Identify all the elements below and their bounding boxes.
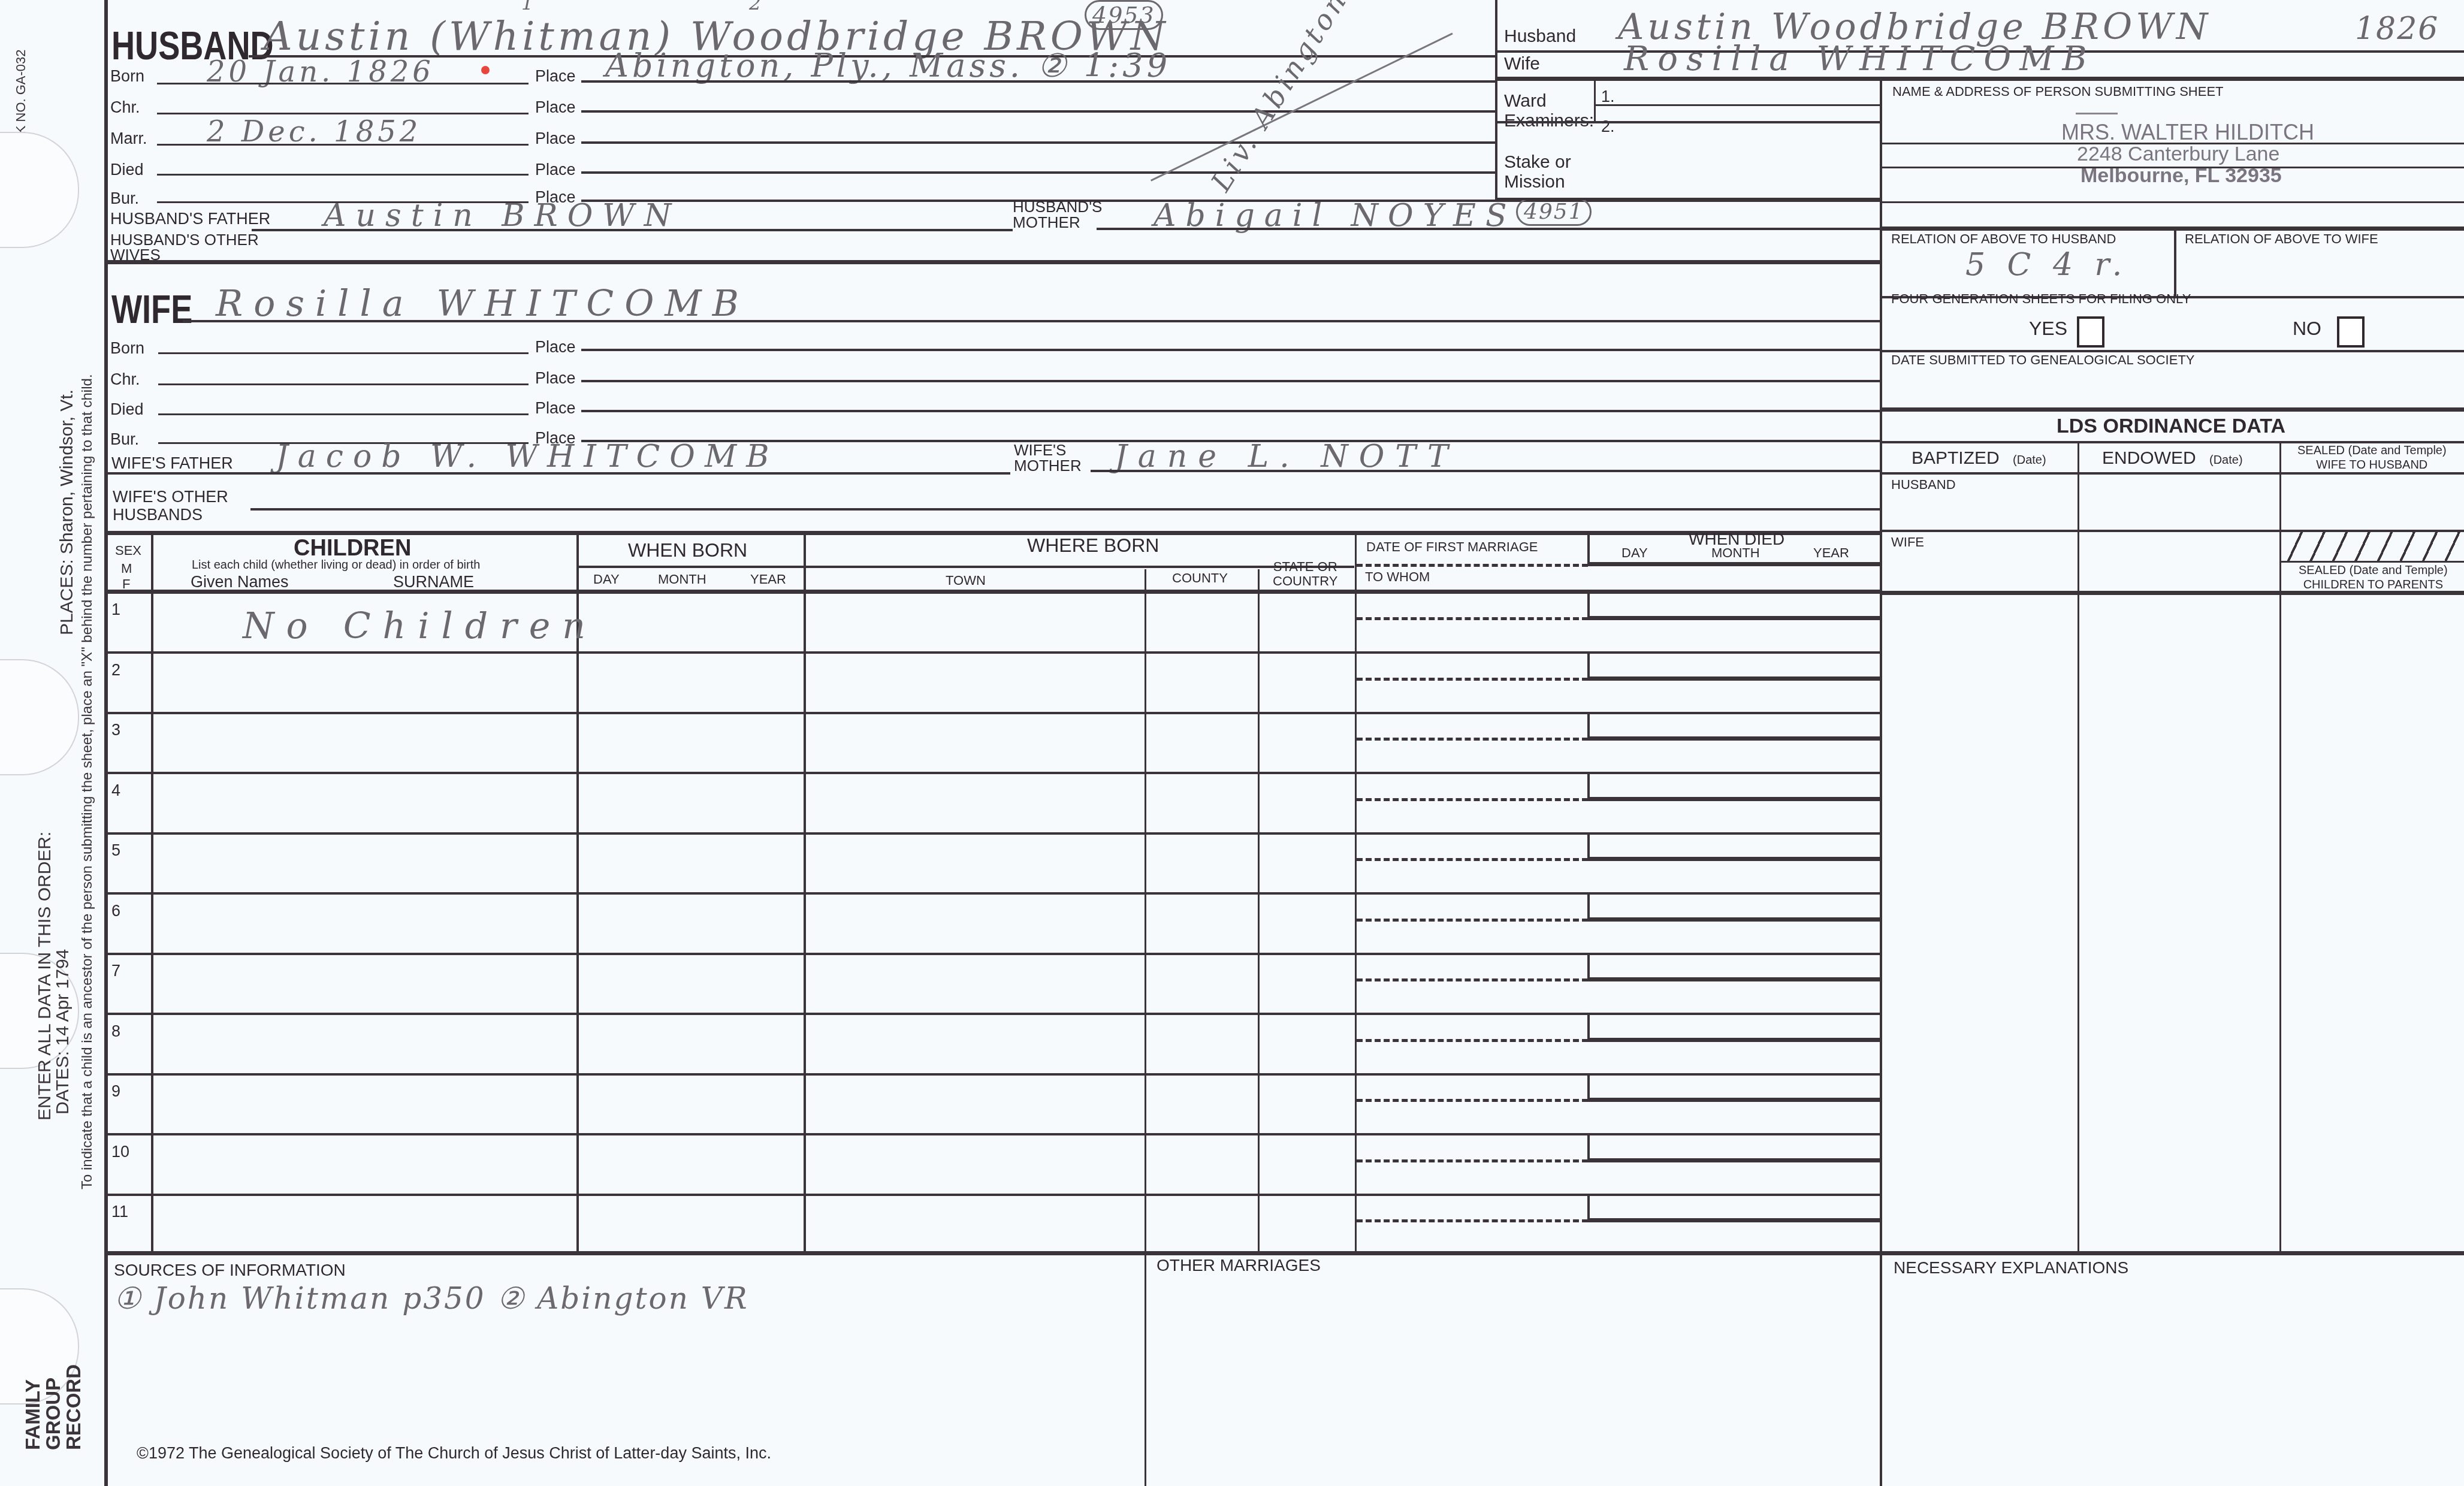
husband-born-date-line (157, 83, 529, 84)
death-step-vertical (1587, 895, 1590, 920)
to-whom-header: TO WHOM (1365, 569, 1430, 585)
dates-hint: DATES: 14 Apr 1794 (53, 949, 73, 1114)
sealed-cp-line2: CHILDREN TO PARENTS (2299, 578, 2448, 592)
husband-bur-label: Bur. (110, 189, 139, 208)
death-step-vertical (1587, 714, 1590, 739)
marriage-dash-line (1357, 1039, 1588, 1042)
death-date-line (1588, 917, 1882, 922)
husband-chr-place-line (581, 110, 1495, 113)
binder-hole (0, 659, 79, 775)
died-day-header: DAY (1621, 545, 1648, 561)
relation-divider (2174, 229, 2176, 298)
endowed-label: ENDOWED (2102, 448, 2196, 468)
husband-marr-date-line (157, 144, 529, 146)
date-hint: (Date) (2013, 454, 2046, 467)
child-row-divider (105, 1073, 1882, 1076)
state-line2: COUNTRY (1273, 574, 1337, 588)
copyright-notice: ©1972 The Genealogical Society of The Ch… (137, 1444, 771, 1463)
died-month-header: MONTH (1711, 545, 1760, 561)
children-top-line (105, 531, 1882, 535)
wife-born-date-line (158, 352, 529, 354)
husband-father-line (252, 229, 1013, 231)
summary-husband-label: Husband (1504, 26, 1576, 47)
marriage-dash-line (1357, 978, 1588, 981)
husband-chr-label: Chr. (110, 98, 140, 117)
marriage-dash-line (1357, 1159, 1588, 1162)
child-row-number: 3 (111, 721, 120, 739)
form-title: FAMILY GROUP RECORD (23, 1364, 84, 1450)
wife-father-label: WIFE'S FATHER (111, 454, 233, 473)
death-date-line (1588, 1218, 1882, 1222)
husband-ref-number: 4953 (1085, 0, 1163, 30)
four-gen-no-checkbox[interactable] (2337, 316, 2365, 348)
husband-section-bottom-line (105, 260, 1882, 264)
stake-mission-label: Stake or Mission (1504, 152, 1600, 192)
child-row-number: 6 (111, 902, 120, 920)
submitter-stamp-street: 2248 Canterbury Lane (2077, 143, 2279, 166)
lds-husband-row-label: HUSBAND (1891, 477, 1956, 493)
wife-heading: WIFE (111, 286, 192, 332)
died-year-header: YEAR (1813, 545, 1849, 561)
when-died-col-divider (1587, 533, 1590, 564)
husband-marr-label: Marr. (110, 129, 147, 148)
wife-name-line (183, 320, 1882, 322)
death-step-vertical (1587, 654, 1590, 679)
husband-mother-label: HUSBAND'S MOTHER (1013, 199, 1097, 230)
child-row-divider (105, 1194, 1882, 1196)
children-instructions: List each child (whether living or dead)… (192, 558, 480, 572)
lds-col-divider (2078, 442, 2079, 1252)
wife-father-line (105, 472, 1010, 475)
wife-name-value[interactable]: Rosilla WHITCOMB (216, 283, 750, 325)
wife-died-date-line (158, 413, 529, 415)
relation-husband-label: RELATION OF ABOVE TO HUSBAND (1891, 231, 2116, 247)
marriage-dash-line (1357, 678, 1588, 681)
children-bottom-line (105, 1251, 2464, 1255)
submitter-line (1881, 201, 2464, 203)
lds-title: LDS ORDINANCE DATA (2057, 415, 2285, 438)
husband-marr-place-line (581, 141, 1495, 144)
death-date-line (1588, 1098, 1882, 1102)
wife-bur-label: Bur. (110, 430, 139, 449)
other-marriages-label: OTHER MARRIAGES (1156, 1256, 1321, 1275)
submitter-line (1881, 143, 2464, 144)
death-step-vertical (1587, 774, 1590, 799)
child-row-number: 7 (111, 962, 120, 980)
ward-bottom-line (1496, 121, 1880, 123)
wife-chr-place-label: Place (535, 369, 576, 388)
husband-died-place-label: Place (535, 161, 576, 179)
death-step-vertical (1587, 1135, 1590, 1161)
first-marriage-header: DATE OF FIRST MARRIAGE (1366, 539, 1538, 555)
wife-born-place-line (581, 349, 1882, 351)
town-header: TOWN (946, 573, 986, 588)
wife-mother-value[interactable]: Jane L. NOTT (1115, 439, 1459, 475)
wife-other-husbands-line (250, 508, 1882, 511)
relation-wife-label: RELATION OF ABOVE TO WIFE (2185, 231, 2378, 247)
death-date-line (1588, 977, 1882, 981)
necessary-explanations-label: NECESSARY EXPLANATIONS (1894, 1258, 2128, 1277)
ward-examiners-label: Ward Examiners: (1504, 91, 1600, 131)
sources-divider (1145, 1252, 1146, 1486)
wife-chr-place-line (581, 380, 1882, 382)
death-step-vertical (1587, 593, 1590, 618)
husband-born-label: Born (110, 67, 144, 86)
wife-other-husbands-label: WIFE'S OTHER HUSBANDS (113, 488, 268, 524)
husband-source-mark: 1 (521, 0, 537, 14)
summary-wife-line (1496, 77, 2464, 81)
summary-husband-year: 1826 (2355, 11, 2439, 47)
when-died-sub-line (1588, 562, 1882, 566)
summary-wife-value[interactable]: Rosilla WHITCOMB (1624, 40, 2095, 78)
marriage-dash-line (1357, 1219, 1588, 1222)
wife-mother-label: WIFE'S MOTHER (1014, 442, 1086, 473)
wife-born-label: Born (110, 339, 144, 358)
wife-died-place-line (581, 410, 1882, 412)
when-born-sub-line (578, 566, 1354, 568)
wife-died-label: Died (110, 400, 144, 419)
town-col-divider (1145, 569, 1146, 1252)
form-title-line: RECORD (64, 1364, 84, 1450)
baptized-label: BAPTIZED (1912, 448, 2000, 468)
submitter-stamp-name: MRS. WALTER HILDITCH (2061, 120, 2314, 145)
lds-header-line (1881, 472, 2464, 475)
date-hint: (Date) (2209, 454, 2243, 467)
county-col-divider (1258, 569, 1260, 1252)
death-date-line (1588, 616, 1882, 620)
child-row-divider (105, 892, 1882, 895)
death-step-vertical (1587, 1195, 1590, 1221)
sources-value[interactable]: ① John Whitman p350 ② Abington VR (114, 1281, 749, 1316)
when-born-header: WHEN BORN (628, 539, 747, 561)
death-step-vertical (1587, 834, 1590, 859)
places-hint: PLACES: Sharon, Windsor, Vt. (57, 389, 77, 635)
husband-born-place-line (581, 80, 1495, 83)
sealed-wh-line1: SEALED (Date and Temple) (2297, 443, 2447, 458)
husband-mother-ref: 4951 (1516, 198, 1592, 226)
first-marriage-dash (1357, 564, 1588, 567)
wife-mother-line (1091, 470, 1882, 472)
born-year-header: YEAR (750, 572, 786, 587)
state-line1: STATE OR (1273, 560, 1337, 574)
form-title-line: FAMILY (23, 1364, 43, 1450)
child-row-divider (105, 953, 1882, 955)
four-gen-yes-checkbox[interactable] (2077, 316, 2104, 348)
child-row-number: 1 (111, 600, 120, 619)
marriage-dash-line (1357, 738, 1588, 741)
child-row-divider (105, 772, 1882, 774)
examiner-1-field[interactable]: 1. (1601, 87, 1615, 106)
child-row-number: 5 (111, 841, 120, 860)
sealed-wh-line2: WIFE TO HUSBAND (2297, 458, 2447, 472)
right-column-border (1880, 78, 1882, 1486)
red-marker-dot (481, 66, 490, 74)
wife-father-value[interactable]: Jacob W. WHITCOMB (276, 439, 778, 475)
stamp-dash (2076, 113, 2118, 114)
surname-header: SURNAME (393, 573, 474, 591)
date-submitted-bottom-line (1881, 407, 2464, 412)
child-row-divider (105, 712, 1882, 714)
death-date-line (1588, 797, 1882, 801)
husband-died-place-line (581, 171, 1495, 174)
sealed-wife-husband-header: SEALED (Date and Temple) WIFE TO HUSBAND (2297, 443, 2447, 472)
sealed-children-parents-header: SEALED (Date and Temple) CHILDREN TO PAR… (2299, 563, 2448, 592)
where-born-header: WHERE BORN (1027, 534, 1159, 557)
child-row-number: 8 (111, 1022, 120, 1041)
husband-marr-place-label: Place (535, 129, 576, 148)
date-submitted-label: DATE SUBMITTED TO GENEALOGICAL SOCIETY (1891, 352, 2195, 368)
child-row-number: 11 (111, 1203, 128, 1221)
lds-col-divider (2279, 442, 2281, 1252)
summary-wife-label: Wife (1504, 54, 1540, 74)
form-left-border (104, 0, 108, 1486)
four-gen-no-label: NO (2293, 318, 2321, 340)
submitter-bottom-line (1881, 226, 2464, 231)
lds-wife-row-label: WIFE (1891, 534, 1924, 550)
submitter-label: NAME & ADDRESS OF PERSON SUBMITTING SHEE… (1892, 84, 2224, 99)
marriage-dash-line (1357, 798, 1588, 801)
marriage-dash-line (1357, 617, 1588, 620)
county-header: COUNTY (1172, 570, 1228, 586)
examiner-1-line (1595, 104, 1880, 106)
child-row-number: 9 (111, 1082, 120, 1101)
death-step-vertical (1587, 1015, 1590, 1040)
lds-wife-row-line (1881, 591, 2464, 595)
submitter-line (1881, 167, 2464, 168)
born-day-header: DAY (593, 572, 620, 587)
husband-chr-place-label: Place (535, 98, 576, 117)
form-title-line: GROUP (43, 1364, 64, 1450)
husband-chr-date-line (157, 113, 529, 114)
wife-born-place-label: Place (535, 338, 576, 357)
sealed-cp-line1: SEALED (Date and Temple) (2299, 563, 2448, 578)
marriage-dash-line (1357, 1099, 1588, 1102)
children-header-bottom-line (105, 590, 1882, 594)
lds-endowed-header: ENDOWED (Date) (2102, 448, 2243, 469)
child-row-number: 4 (111, 781, 120, 800)
wife-chr-date-line (158, 383, 529, 385)
child-row-divider (105, 651, 1882, 654)
examiner-2-field[interactable]: 2. (1601, 117, 1615, 136)
sealed-hatched-area (2281, 532, 2464, 563)
husband-died-label: Died (110, 161, 144, 179)
binder-hole (0, 132, 79, 248)
husband-source-mark: 2 (749, 0, 765, 14)
husband-born-place-label: Place (535, 67, 576, 86)
husband-father-value[interactable]: Austin BROWN (324, 198, 681, 234)
children-title: CHILDREN (294, 536, 411, 561)
husband-born-place[interactable]: Abington, Ply., Mass. ② 1:39 (605, 47, 1171, 84)
child-row-number: 2 (111, 661, 120, 679)
sex-header: SEX (115, 543, 141, 558)
state-country-header: STATE OR COUNTRY (1273, 560, 1337, 588)
relation-husband-value[interactable]: 5 C 4 r. (1965, 247, 2128, 283)
lds-baptized-header: BAPTIZED (Date) (1912, 448, 2046, 469)
husband-died-date-line (157, 174, 529, 176)
child-row-divider (105, 832, 1882, 835)
stake-bottom-line (1496, 198, 1880, 200)
wife-chr-label: Chr. (110, 370, 140, 389)
husband-other-wives-label: HUSBAND'S OTHER WIVES (110, 232, 290, 262)
marriage-dash-line (1357, 858, 1588, 861)
child-row-divider (105, 1133, 1882, 1135)
four-gen-label: FOUR GENERATION SHEETS FOR FILING ONLY (1891, 291, 2191, 307)
born-month-header: MONTH (658, 572, 706, 587)
four-gen-yes-label: YES (2029, 318, 2067, 340)
death-date-line (1588, 857, 1882, 861)
death-step-vertical (1587, 1075, 1590, 1100)
child-row-number: 10 (111, 1143, 129, 1161)
husband-mother-line (1097, 228, 1882, 230)
given-names-header: Given Names (191, 573, 289, 591)
death-step-vertical (1587, 955, 1590, 980)
marriage-dash-line (1357, 919, 1588, 922)
summary-box-border (1495, 0, 1497, 201)
child-row-note[interactable]: No Children (243, 605, 597, 647)
death-date-line (1588, 676, 1882, 681)
death-date-line (1588, 1158, 1882, 1162)
death-date-line (1588, 1038, 1882, 1042)
child-row-divider (105, 1013, 1882, 1015)
ancestor-hint: To indicate that a child is an ancestor … (79, 374, 96, 1189)
enter-order-hint: ENTER ALL DATA IN THIS ORDER: (35, 832, 55, 1120)
marriage-place-note: Liv. Abington (1204, 0, 1354, 197)
sex-m: M (121, 561, 132, 576)
husband-father-label: HUSBAND'S FATHER (110, 210, 270, 228)
sources-label: SOURCES OF INFORMATION (114, 1261, 346, 1280)
wife-died-place-label: Place (535, 399, 576, 418)
death-date-line (1588, 736, 1882, 741)
